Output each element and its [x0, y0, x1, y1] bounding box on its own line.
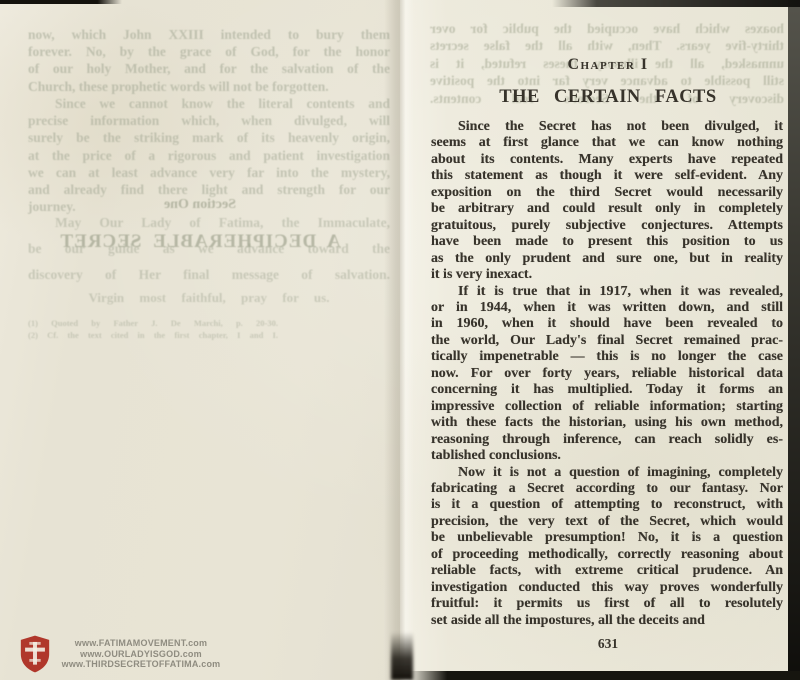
body-text-column: Since the Secret has not been divulged, … — [431, 119, 783, 629]
watermark: www.FATIMAMOVEMENT.com www.OURLADYISGOD.… — [18, 634, 226, 674]
left-page-footnotes: (1) Quoted by Father J. De Marchi, p. 20… — [28, 318, 278, 341]
watermark-link: www.THIRDSECRETOFFATIMA.com — [56, 659, 226, 670]
left-page-prayer-line: Virgin most faithful, pray for us. — [44, 290, 374, 306]
paragraph-2: If it is true that in 1917, when it was … — [431, 284, 783, 465]
page-number: 631 — [432, 636, 784, 652]
scan-edge-top-right — [552, 0, 800, 7]
book-scan: now, which John XXIII intended to bury t… — [0, 0, 800, 680]
paragraph-3: Now it is not a question of imagining, c… — [431, 465, 783, 630]
paragraph-1: Since the Secret has not been divulged, … — [431, 119, 783, 284]
watermark-links: www.FATIMAMOVEMENT.com www.OURLADYISGOD.… — [56, 638, 226, 670]
section-title: THE CERTAIN FACTS — [432, 87, 784, 108]
scan-edge-right — [788, 0, 800, 680]
watermark-link: www.OURLADYISGOD.com — [56, 649, 226, 660]
scan-edge-bottom-right — [408, 671, 800, 680]
book-gutter-shadow — [384, 0, 414, 680]
left-page-faded-paragraph-end: now, which John XXIII intended to bury t… — [28, 26, 390, 95]
shield-cross-icon — [18, 634, 52, 674]
scan-edge-top-left — [0, 0, 122, 4]
watermark-link: www.FATIMAMOVEMENT.com — [56, 638, 226, 649]
left-page-faded-dedication: May Our Lady of Fatima, the Immaculate,b… — [28, 210, 390, 288]
chapter-heading: Chapter I — [432, 56, 784, 74]
